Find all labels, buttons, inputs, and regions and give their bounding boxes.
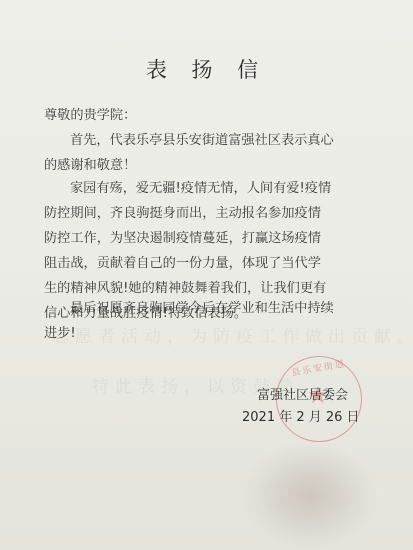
paragraph-intro: 首先，代表乐亭县乐安街道富强社区表示真心的感谢和敬意！ bbox=[44, 128, 334, 178]
signature: 富强社区居委会 bbox=[257, 384, 348, 403]
salutation: 尊敬的贵学院： bbox=[44, 103, 334, 128]
letter-page: 志愿者活动，为防疫工作做出贡献。 特此表扬，以资鼓励 表 扬 信 尊敬的贵学院：… bbox=[0, 0, 413, 550]
shadow-area bbox=[240, 440, 380, 550]
paragraph-closing: 最后祝愿齐良驹同学今后在学业和生活中持续进步! bbox=[44, 296, 334, 346]
letter-date: 2021 年 2 月 26 日 bbox=[242, 406, 360, 425]
seal-text: 县乐安街道 bbox=[290, 356, 346, 378]
letter-title: 表 扬 信 bbox=[0, 54, 413, 84]
